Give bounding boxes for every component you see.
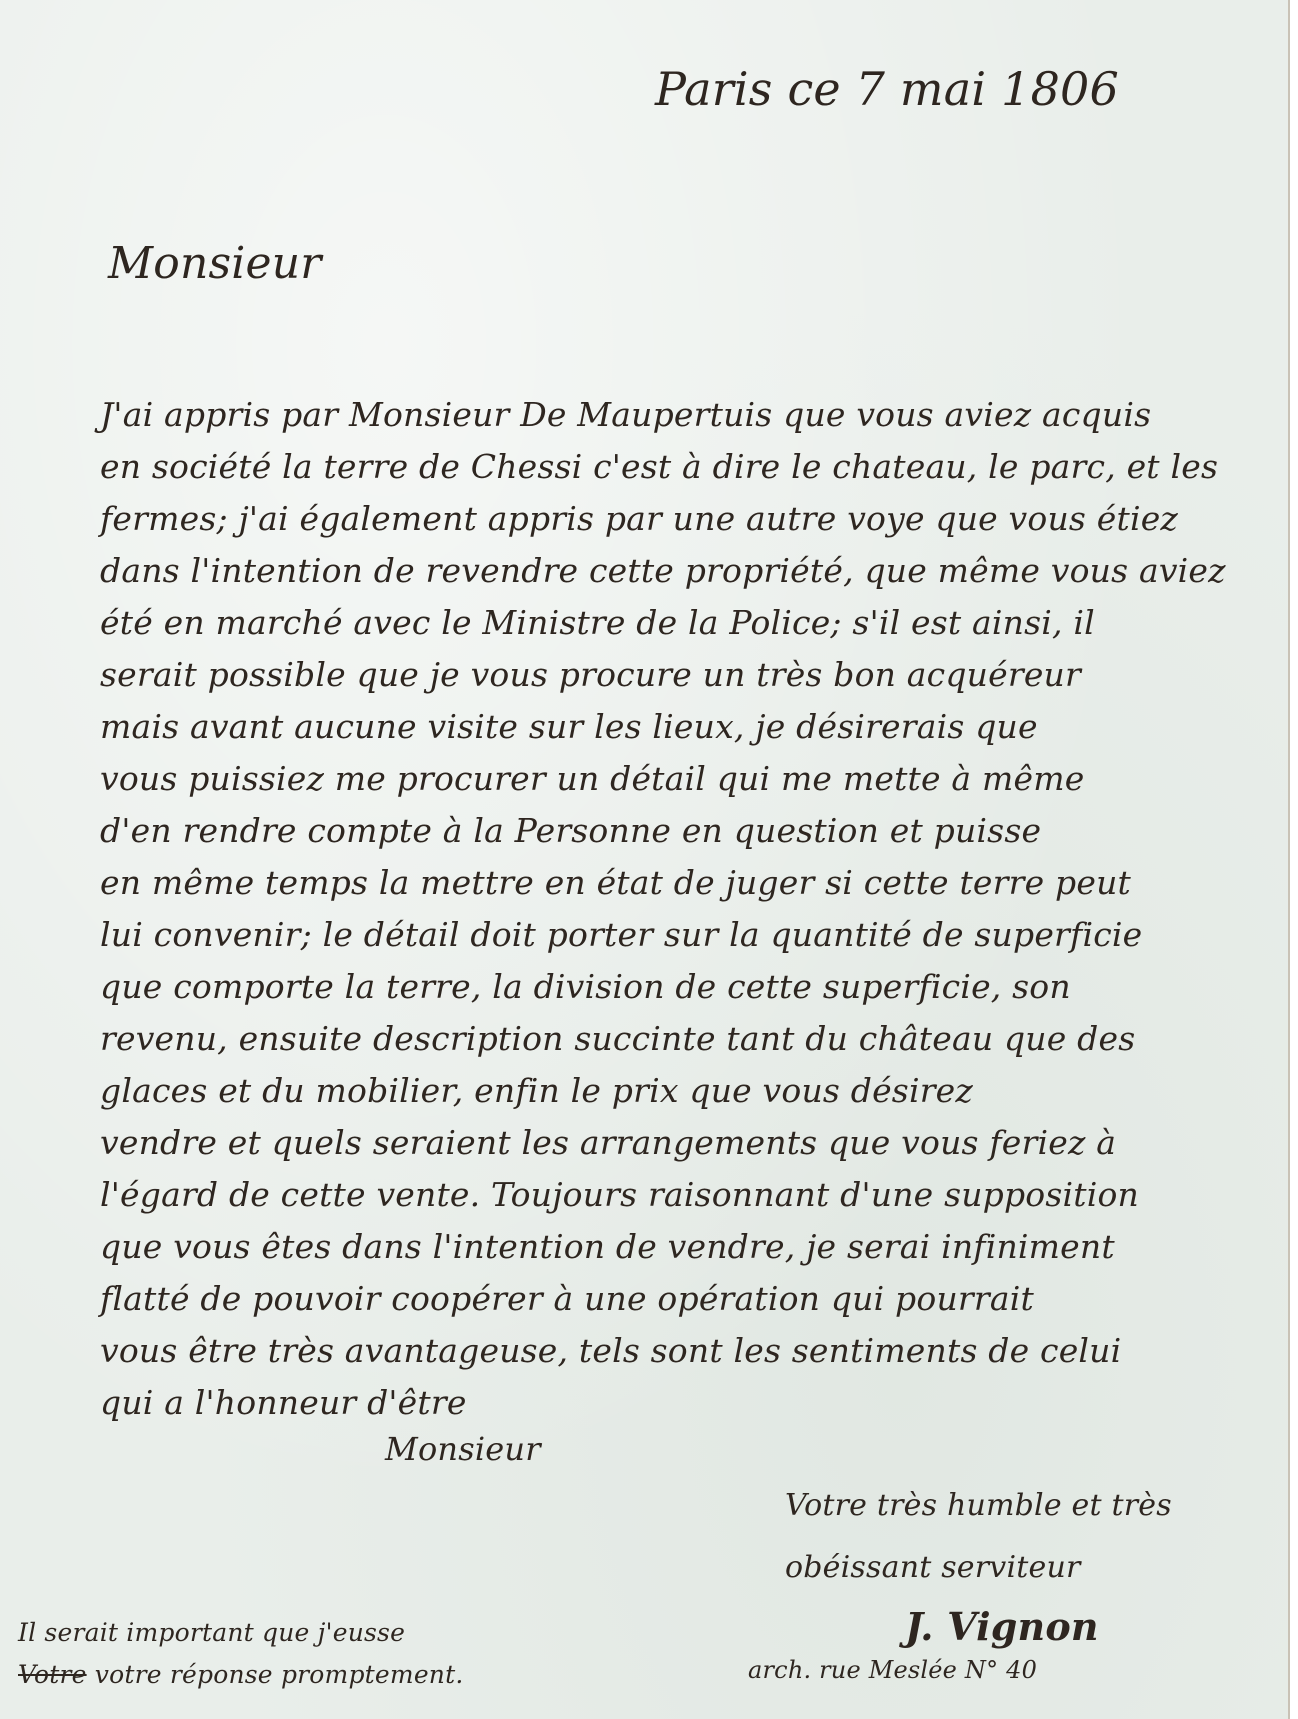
letter-paper: Paris ce 7 mai 1806 Monsieur J'ai appris… [0, 0, 1290, 1719]
body-line-8: vous puissiez me procurer un détail qui … [100, 759, 1084, 798]
body-line-20: qui a l'honneur d'être [100, 1383, 467, 1422]
sender-address: arch. rue Meslée N° 40 [748, 1656, 1037, 1684]
body-line-19: vous être très avantageuse, tels sont le… [100, 1331, 1121, 1370]
body-line-18: flatté de pouvoir coopérer à une opérati… [100, 1279, 1034, 1318]
closing-line-2: obéissant serviteur [785, 1550, 1081, 1585]
body-line-12: que comporte la terre, la division de ce… [100, 967, 1071, 1006]
body-line-10: en même temps la mettre en état de juger… [100, 863, 1131, 902]
body-line-4: dans l'intention de revendre cette propr… [100, 551, 1226, 590]
body-line-16: l'égard de cette vente. Toujours raisonn… [100, 1175, 1139, 1214]
body-line-1: J'ai appris par Monsieur De Maupertuis q… [100, 395, 1151, 434]
salutation: Monsieur [108, 238, 322, 289]
body-line-2: en société la terre de Chessi c'est à di… [100, 447, 1218, 486]
signature: J. Vignon [905, 1604, 1099, 1649]
body-line-13: revenu, ensuite description succinte tan… [100, 1019, 1135, 1058]
body-line-6: serait possible que je vous procure un t… [100, 655, 1081, 694]
body-line-2-text: en société la terre de Chessi c'est à di… [100, 447, 1218, 486]
body-line-17: que vous êtes dans l'intention de vendre… [100, 1227, 1115, 1266]
body-line-15: vendre et quels seraient les arrangement… [100, 1123, 1116, 1162]
body-line-3: fermes; j'ai également appris par une au… [100, 499, 1178, 538]
closing-salutation: Monsieur [385, 1430, 541, 1468]
body-line-14: glaces et du mobilier, enfin le prix que… [100, 1071, 973, 1110]
postscript-line-2-text: votre réponse promptement. [95, 1660, 464, 1689]
postscript-line-2: Votre votre réponse promptement. [18, 1660, 464, 1689]
body-line-7: mais avant aucune visite sur les lieux, … [100, 707, 1038, 746]
closing-line-1: Votre très humble et très [785, 1488, 1172, 1523]
postscript-line-1: Il serait important que j'eusse [18, 1618, 405, 1647]
body-line-9: d'en rendre compte à la Personne en ques… [100, 811, 1041, 850]
body-line-11: lui convenir; le détail doit porter sur … [100, 915, 1142, 954]
dateline: Paris ce 7 mai 1806 [655, 62, 1119, 116]
struck-word: Votre [18, 1660, 87, 1689]
body-line-5: été en marché avec le Ministre de la Pol… [100, 603, 1095, 642]
